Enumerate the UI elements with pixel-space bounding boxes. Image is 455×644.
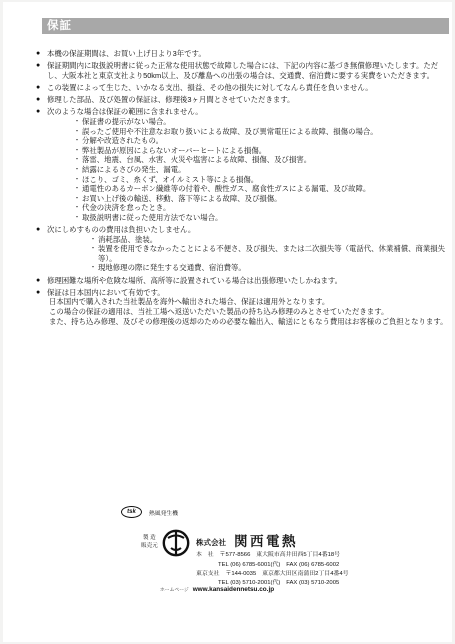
exclusion-item-text: 結露によるさびの発生、漏電。	[82, 165, 448, 175]
tokyo-office-address: 東京支社 〒144-0035 東京都大田区南蒲田2丁目4番4号	[196, 568, 349, 577]
exclusion-item-text: 分解や改造されたもの。	[82, 136, 448, 146]
bullet-icon: ●	[36, 49, 47, 59]
product-brand-row: tsk 熱風発生機	[121, 506, 178, 518]
sub-bullet-icon: ・	[72, 203, 82, 213]
exclusion-item-text: 保証書の提示がない場合。	[82, 117, 448, 127]
warranty-item-text: 次にしめすものの費用は負担いたしません。	[47, 225, 448, 235]
warranty-item-text: 保証は日本国内において有効です。	[47, 288, 448, 298]
bullet-icon: ●	[36, 225, 47, 235]
exclusion-item-text: 通電性のあるカーボン繊維等の付着や、酸性ガス、腐食性ガスによる漏電、及び故障。	[82, 184, 448, 194]
exclusion-item: ・誤ったご使用や不注意なお取り扱いによる故障、及び異常電圧による故障、損傷の場合…	[72, 127, 448, 137]
kansai-dennetsu-logo	[162, 529, 190, 557]
warranty-item: ● 本機の保証期間は、お買い上げ日より3年です。	[36, 49, 448, 59]
sub-bullet-icon: ・	[72, 194, 82, 204]
warranty-item: ● 保証期間内に取扱説明書に従った正常な使用状態で故障した場合には、下記の内容に…	[36, 61, 448, 80]
homepage-label: ホームページ	[160, 586, 189, 593]
bullet-icon: ●	[36, 95, 47, 105]
warranty-item-text: 本機の保証期間は、お買い上げ日より3年です。	[47, 49, 448, 59]
warranty-item-text: この装置によって生じた、いかなる支出、損益、その他の損失に対してなんら責任を負い…	[47, 83, 448, 93]
cost-exclusion-list: ・消耗部品、塗装。 ・装置を使用できなかったことによる不便さ、及び損失、または二…	[88, 235, 448, 273]
maker-label: 製 造 販売元	[141, 535, 158, 550]
sub-bullet-icon: ・	[88, 244, 98, 263]
warranty-item-text: 修理した部品、及び処置の保証は、修理後3ヶ月間とさせていただきます。	[47, 95, 448, 105]
paragraph-line: また、持ち込み修理、及びその修理後の返却のための必要な輸出入、輸送にともなう費用…	[49, 317, 448, 327]
warranty-item: ● 次にしめすものの費用は負担いたしません。	[36, 225, 448, 235]
domestic-warranty-paragraph: 日本国内で購入された当社製品を海外へ輸出された場合、保証は適用外となります。 こ…	[49, 297, 448, 326]
sub-bullet-icon: ・	[72, 175, 82, 185]
warranty-item-text: 修理困難な場所や危険な場所、高所等に設置されている場合は出張修理いたしかねます。	[47, 276, 448, 286]
exclusion-item: ・代金の決済を怠ったとき。	[72, 203, 448, 213]
bullet-icon: ●	[36, 107, 47, 117]
homepage-url: www.kansaidennetsu.co.jp	[193, 586, 274, 593]
bullet-icon: ●	[36, 288, 47, 298]
sub-bullet-icon: ・	[72, 155, 82, 165]
exclusion-list: ・保証書の提示がない場合。 ・誤ったご使用や不注意なお取り扱いによる故障、及び異…	[72, 117, 448, 223]
sub-bullet-icon: ・	[72, 146, 82, 156]
exclusion-item-text: 取扱説明書に従った使用方法でない場合。	[82, 213, 448, 223]
cost-exclusion-item: ・装置を使用できなかったことによる不便さ、及び損失、または二次損失等（電話代、休…	[88, 244, 448, 263]
paragraph-line: この場合の保証の適用は、当社工場へ返送いただいた製品の持ち込み修理のみとさせてい…	[49, 307, 448, 317]
sub-bullet-icon: ・	[72, 184, 82, 194]
head-office-tel: TEL (06) 6785-6001(代) FAX (06) 6785-6002	[218, 559, 339, 568]
bullet-icon: ●	[36, 276, 47, 286]
paragraph-line: 日本国内で購入された当社製品を海外へ輸出された場合、保証は適用外となります。	[49, 297, 448, 307]
exclusion-item-text: 代金の決済を怠ったとき。	[82, 203, 448, 213]
cost-exclusion-item-text: 装置を使用できなかったことによる不便さ、及び損失、または二次損失等（電話代、休業…	[98, 244, 448, 263]
warranty-item-text: 保証期間内に取扱説明書に従った正常な使用状態で故障した場合には、下記の内容に基づ…	[47, 61, 448, 80]
exclusion-item: ・取扱説明書に従った使用方法でない場合。	[72, 213, 448, 223]
product-type-label: 熱風発生機	[149, 508, 178, 517]
sub-bullet-icon: ・	[72, 117, 82, 127]
exclusion-item-text: 誤ったご使用や不注意なお取り扱いによる故障、及び異常電圧による故障、損傷の場合。	[82, 127, 448, 137]
cost-exclusion-item-text: 現地修理の際に発生する交通費、宿泊費等。	[98, 263, 448, 273]
exclusion-item: ・落雷、地震、台風、水害、火災や塩害による故障、損傷、及び損害。	[72, 155, 448, 165]
sub-bullet-icon: ・	[72, 165, 82, 175]
sub-bullet-icon: ・	[88, 235, 98, 245]
sub-bullet-icon: ・	[72, 136, 82, 146]
warranty-item: ● 次のような場合は保証の範囲に含まれません。	[36, 107, 448, 117]
warranty-item-text: 次のような場合は保証の範囲に含まれません。	[47, 107, 448, 117]
page-title-text: 保証	[47, 20, 72, 32]
company-prefix: 株式会社	[196, 537, 226, 548]
bullet-icon: ●	[36, 83, 47, 93]
exclusion-item: ・通電性のあるカーボン繊維等の付着や、酸性ガス、腐食性ガスによる漏電、及び故障。	[72, 184, 448, 194]
cost-exclusion-item: ・現地修理の際に発生する交通費、宿泊費等。	[88, 263, 448, 273]
exclusion-item-text: お買い上げ後の輸送、移動、落下等による故障、及び損傷。	[82, 194, 448, 204]
exclusion-item: ・分解や改造されたもの。	[72, 136, 448, 146]
warranty-item: ● 保証は日本国内において有効です。	[36, 288, 448, 298]
exclusion-item: ・結露によるさびの発生、漏電。	[72, 165, 448, 175]
tsk-logo: tsk	[121, 506, 142, 518]
sub-bullet-icon: ・	[88, 263, 98, 273]
company-name: 関西電熱	[234, 530, 298, 550]
cost-exclusion-item: ・消耗部品、塗装。	[88, 235, 448, 245]
warranty-item: ● 修理した部品、及び処置の保証は、修理後3ヶ月間とさせていただきます。	[36, 95, 448, 105]
sub-bullet-icon: ・	[72, 127, 82, 137]
warranty-item: ● 修理困難な場所や危険な場所、高所等に設置されている場合は出張修理いたしかねま…	[36, 276, 448, 286]
warranty-item: ● この装置によって生じた、いかなる支出、損益、その他の損失に対してなんら責任を…	[36, 83, 448, 93]
exclusion-item: ・お買い上げ後の輸送、移動、落下等による故障、及び損傷。	[72, 194, 448, 204]
homepage-row: ホームページ www.kansaidennetsu.co.jp	[160, 586, 274, 593]
exclusion-item: ・ほこり、ゴミ、糸くず、オイルミスト等による損傷。	[72, 175, 448, 185]
warranty-page: 保証 ● 本機の保証期間は、お買い上げ日より3年です。 ● 保証期間内に取扱説明…	[3, 2, 452, 642]
exclusion-item-text: 弊社製品が原因によらないオーバーヒートによる損傷。	[82, 146, 448, 156]
exclusion-item: ・弊社製品が原因によらないオーバーヒートによる損傷。	[72, 146, 448, 156]
head-office-address: 本 社 〒577-8566 東大阪市高井田西5丁目4番18号	[196, 549, 340, 558]
page-title: 保証	[42, 18, 449, 34]
sub-bullet-icon: ・	[72, 213, 82, 223]
exclusion-item-text: 落雷、地震、台風、水害、火災や塩害による故障、損傷、及び損害。	[82, 155, 448, 165]
cost-exclusion-item-text: 消耗部品、塗装。	[98, 235, 448, 245]
exclusion-item-text: ほこり、ゴミ、糸くず、オイルミスト等による損傷。	[82, 175, 448, 185]
exclusion-item: ・保証書の提示がない場合。	[72, 117, 448, 127]
bullet-icon: ●	[36, 61, 47, 80]
warranty-content: ● 本機の保証期間は、お買い上げ日より3年です。 ● 保証期間内に取扱説明書に従…	[36, 49, 448, 329]
